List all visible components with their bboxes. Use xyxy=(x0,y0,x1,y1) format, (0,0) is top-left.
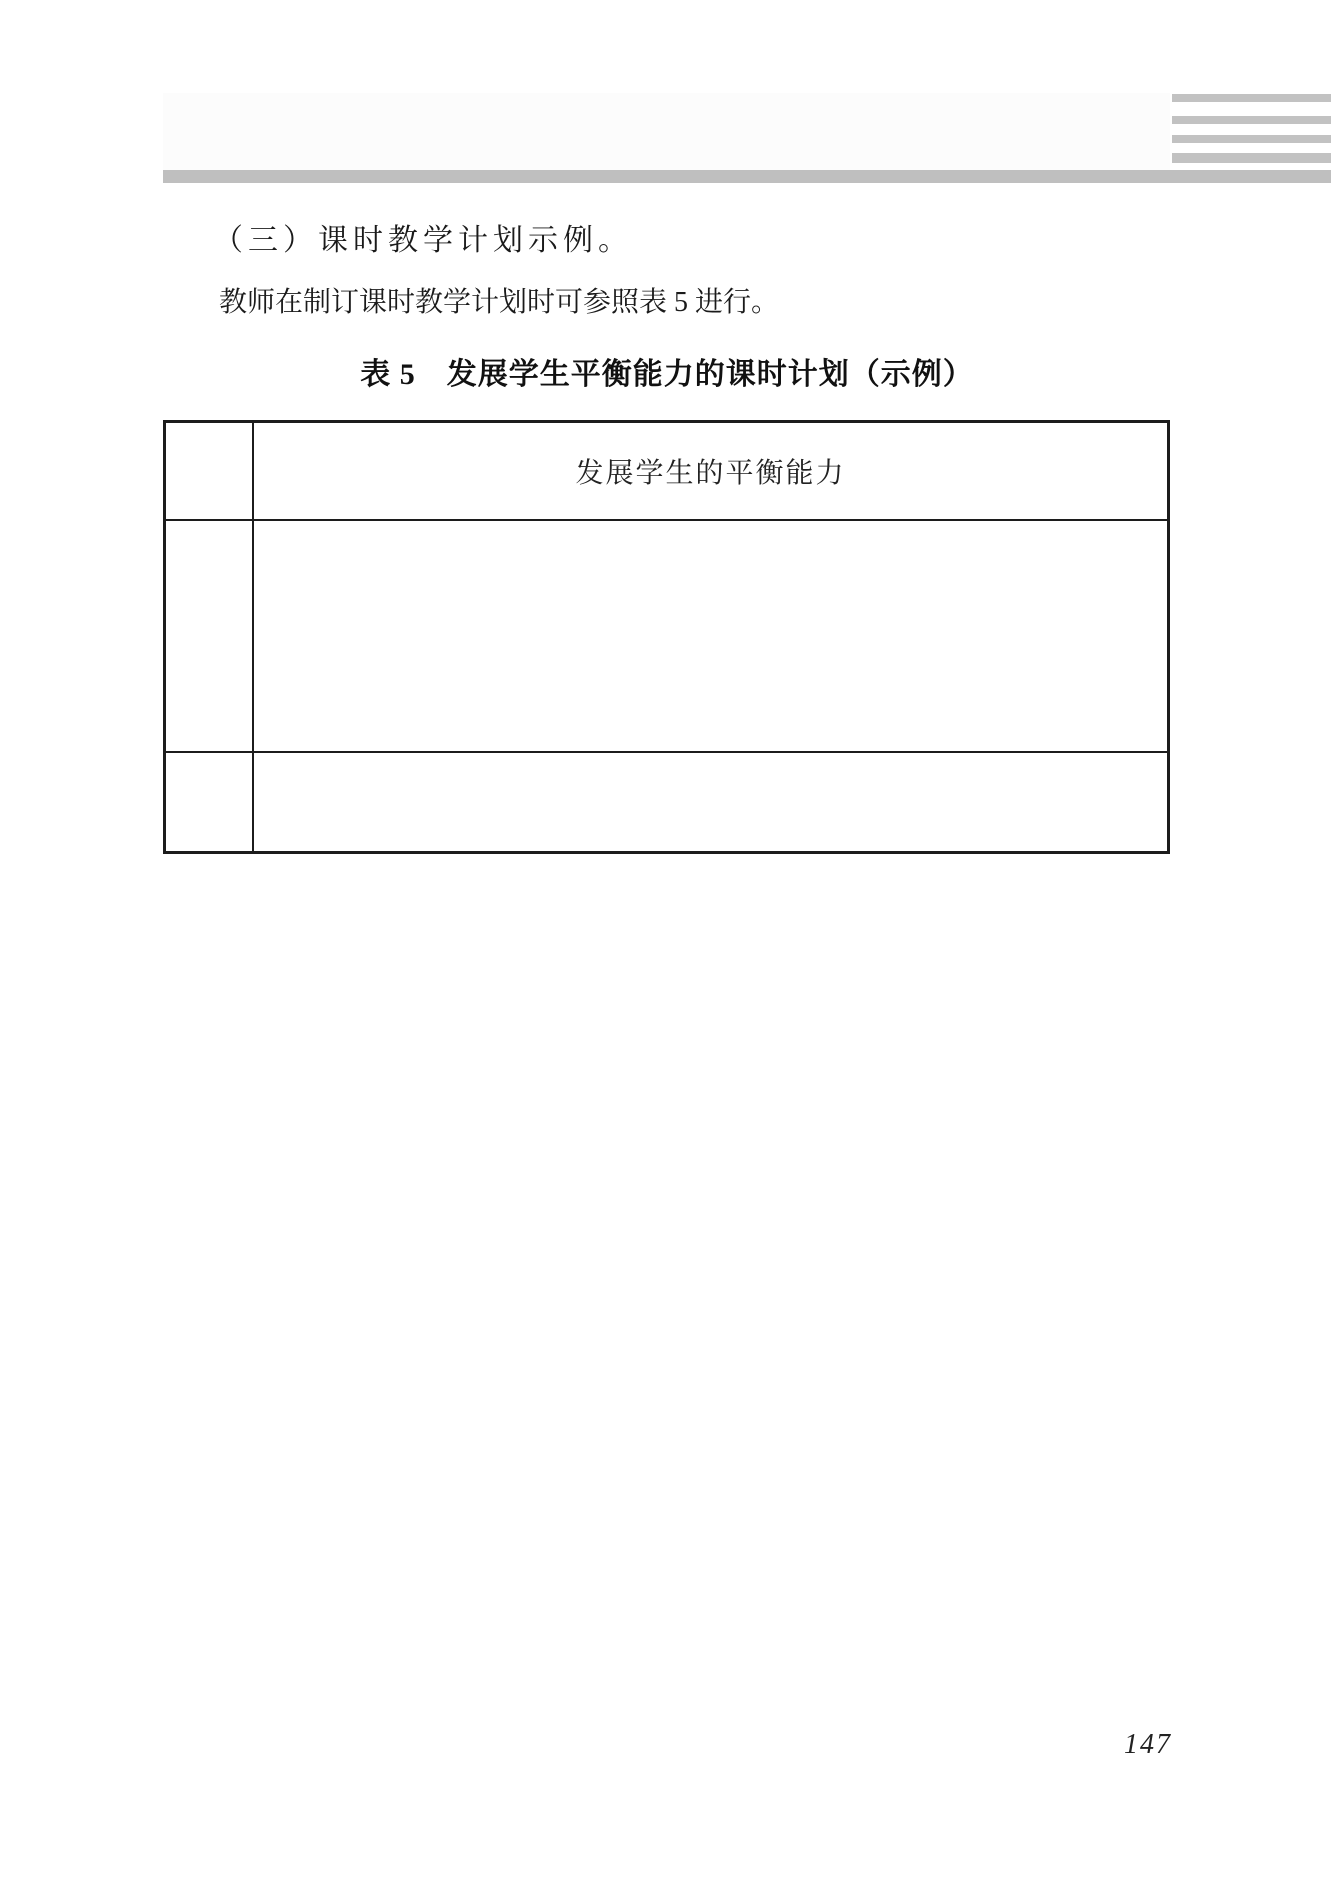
row-header-teaching-content xyxy=(165,422,254,520)
row-header-key-difficult-points xyxy=(165,752,254,853)
header-band xyxy=(163,170,1331,183)
subsection-heading: （三）课时教学计划示例。 xyxy=(163,216,1171,266)
table-row-teaching-content: 发展学生的平衡能力 xyxy=(165,422,1169,520)
table-row-key-difficult-points xyxy=(165,752,1169,853)
lesson-plan-table: 发展学生的平衡能力 xyxy=(163,420,1170,854)
scanned-book-page: （三）课时教学计划示例。 教师在制订课时教学计划时可参照表 5 进行。 表 5 … xyxy=(0,0,1331,1884)
header-stripe xyxy=(1172,153,1331,163)
table-caption: 表 5 发展学生平衡能力的课时计划（示例） xyxy=(163,352,1171,398)
header-panel xyxy=(163,93,1170,170)
cell-key-difficult-points xyxy=(253,752,1169,853)
cell-teaching-content: 发展学生的平衡能力 xyxy=(253,422,1169,520)
table-row-teaching-goals xyxy=(165,520,1169,752)
header-stripe xyxy=(1172,94,1331,102)
header-stripe xyxy=(1172,116,1331,124)
page-number: 147 xyxy=(1124,1729,1172,1761)
header-stripe xyxy=(1172,135,1331,143)
note-paragraph: 教师在制订课时教学计划时可参照表 5 进行。 xyxy=(163,280,1171,326)
body-text-column: （三）课时教学计划示例。 教师在制订课时教学计划时可参照表 5 进行。 表 5 … xyxy=(163,208,1171,854)
cell-teaching-goals xyxy=(253,520,1169,752)
row-header-teaching-goals xyxy=(165,520,254,752)
